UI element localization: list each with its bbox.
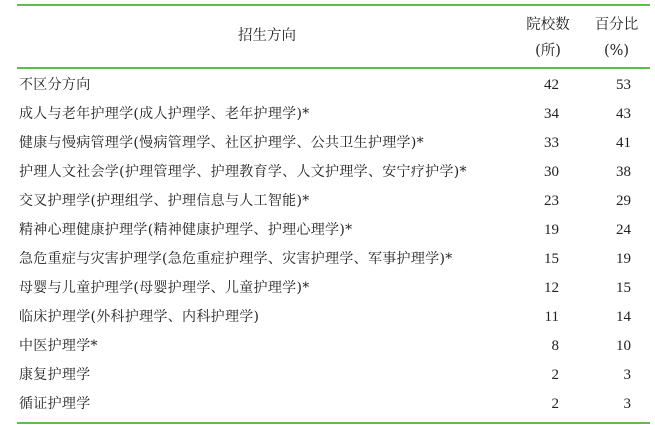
- cell-schools: 19: [517, 216, 579, 245]
- cell-direction: 健康与慢病管理学(慢病管理学、社区护理学、公共卫生护理学)*: [19, 129, 424, 158]
- cell-percent: 19: [583, 245, 650, 274]
- cell-percent: 29: [583, 187, 650, 216]
- cell-schools: 8: [517, 332, 579, 361]
- cell-schools: 2: [517, 390, 579, 419]
- cell-direction: 精神心理健康护理学(精神健康护理学、护理心理学)*: [19, 216, 352, 245]
- header-percent-label: 百分比: [583, 12, 650, 38]
- header-direction: 招生方向: [17, 24, 517, 45]
- table-body: 不区分方向 42 53 成人与老年护理学(成人护理学、老年护理学)* 34 43…: [17, 69, 650, 422]
- cell-percent: 41: [583, 129, 650, 158]
- cell-schools: 23: [517, 187, 579, 216]
- table-row: 交叉护理学(护理组学、护理信息与人工智能)* 23 29: [17, 187, 650, 216]
- cell-direction: 母婴与儿童护理学(母婴护理学、儿童护理学)*: [19, 274, 310, 303]
- table-row: 循证护理学 2 3: [17, 390, 650, 419]
- cell-direction: 临床护理学(外科护理学、内科护理学): [19, 303, 259, 332]
- table-row: 临床护理学(外科护理学、内科护理学) 11 14: [17, 303, 650, 332]
- table-row: 康复护理学 2 3: [17, 361, 650, 390]
- cell-direction: 交叉护理学(护理组学、护理信息与人工智能)*: [19, 187, 310, 216]
- header-schools: 院校数 (所): [517, 12, 579, 64]
- cell-percent: 10: [583, 332, 650, 361]
- table-row: 急危重症与灾害护理学(急危重症护理学、灾害护理学、军事护理学)* 15 19: [17, 245, 650, 274]
- cell-schools: 2: [517, 361, 579, 390]
- cell-direction: 护理人文社会学(护理管理学、护理教育学、人文护理学、安宁疗护学)*: [19, 158, 467, 187]
- cell-schools: 42: [517, 71, 579, 100]
- cell-direction: 中医护理学*: [19, 332, 98, 361]
- cell-direction: 循证护理学: [19, 390, 91, 419]
- table-row: 母婴与儿童护理学(母婴护理学、儿童护理学)* 12 15: [17, 274, 650, 303]
- cell-percent: 43: [583, 100, 650, 129]
- enrollment-direction-table: 招生方向 院校数 (所) 百分比 (%) 不区分方向 42 53 成人与老年护理…: [17, 4, 650, 424]
- table-row: 中医护理学* 8 10: [17, 332, 650, 361]
- table-row: 不区分方向 42 53: [17, 71, 650, 100]
- cell-percent: 3: [583, 390, 650, 419]
- cell-schools: 33: [517, 129, 579, 158]
- cell-schools: 12: [517, 274, 579, 303]
- cell-direction: 不区分方向: [19, 71, 91, 100]
- table-row: 精神心理健康护理学(精神健康护理学、护理心理学)* 19 24: [17, 216, 650, 245]
- cell-percent: 53: [583, 71, 650, 100]
- table-row: 健康与慢病管理学(慢病管理学、社区护理学、公共卫生护理学)* 33 41: [17, 129, 650, 158]
- cell-schools: 34: [517, 100, 579, 129]
- cell-direction: 成人与老年护理学(成人护理学、老年护理学)*: [19, 100, 310, 129]
- cell-percent: 38: [583, 158, 650, 187]
- cell-percent: 3: [583, 361, 650, 390]
- cell-percent: 15: [583, 274, 650, 303]
- header-percent: 百分比 (%): [583, 12, 650, 64]
- cell-direction: 康复护理学: [19, 361, 91, 390]
- cell-schools: 30: [517, 158, 579, 187]
- cell-direction: 急危重症与灾害护理学(急危重症护理学、灾害护理学、军事护理学)*: [19, 245, 453, 274]
- cell-percent: 14: [583, 303, 650, 332]
- cell-schools: 11: [517, 303, 579, 332]
- bottom-rule: [17, 422, 650, 424]
- table-row: 成人与老年护理学(成人护理学、老年护理学)* 34 43: [17, 100, 650, 129]
- header-schools-label: 院校数: [517, 12, 579, 38]
- cell-schools: 15: [517, 245, 579, 274]
- cell-percent: 24: [583, 216, 650, 245]
- table-header: 招生方向 院校数 (所) 百分比 (%): [17, 6, 650, 67]
- table-row: 护理人文社会学(护理管理学、护理教育学、人文护理学、安宁疗护学)* 30 38: [17, 158, 650, 187]
- header-schools-unit: (所): [517, 38, 579, 64]
- header-percent-unit: (%): [583, 38, 650, 64]
